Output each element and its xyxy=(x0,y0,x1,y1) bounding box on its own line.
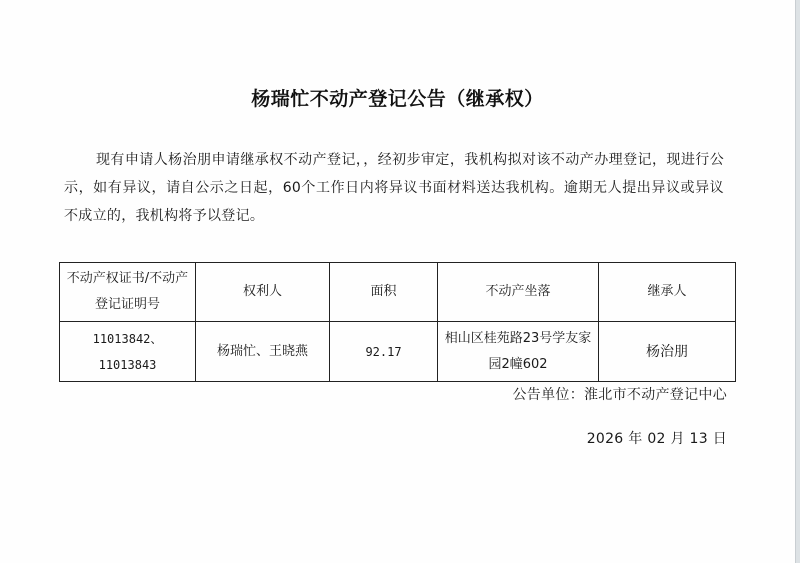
header-cert-no: 不动产权证书/不动产登记证明号 xyxy=(60,263,196,322)
registry-table: 不动产权证书/不动产登记证明号 权利人 面积 不动产坐落 继承人 1101384… xyxy=(59,262,736,382)
cell-heir: 杨治朋 xyxy=(599,322,736,382)
cell-location: 相山区桂苑路23号学友家园2幢602 xyxy=(438,322,599,382)
header-heir: 继承人 xyxy=(599,263,736,322)
header-area: 面积 xyxy=(330,263,438,322)
announcement-body: 现有申请人杨治朋申请继承权不动产登记，，经初步审定，我机构拟对该不动产办理登记，… xyxy=(64,146,724,230)
cell-area: 92.17 xyxy=(330,322,438,382)
header-owner: 权利人 xyxy=(196,263,330,322)
cell-owner: 杨瑞忙、王晓燕 xyxy=(196,322,330,382)
window-right-edge xyxy=(795,0,800,563)
announcement-date: 2026 年 02 月 13 日 xyxy=(0,428,727,450)
page-title: 杨瑞忙不动产登记公告（继承权） xyxy=(0,86,795,112)
table-header-row: 不动产权证书/不动产登记证明号 权利人 面积 不动产坐落 继承人 xyxy=(60,263,736,322)
table-row: 11013842、11013843 杨瑞忙、王晓燕 92.17 相山区桂苑路23… xyxy=(60,322,736,382)
issuing-unit: 公告单位：淮北市不动产登记中心 xyxy=(0,384,727,406)
header-location: 不动产坐落 xyxy=(438,263,599,322)
cell-cert-no: 11013842、11013843 xyxy=(60,322,196,382)
document-page: 杨瑞忙不动产登记公告（继承权） 现有申请人杨治朋申请继承权不动产登记，，经初步审… xyxy=(0,0,795,563)
